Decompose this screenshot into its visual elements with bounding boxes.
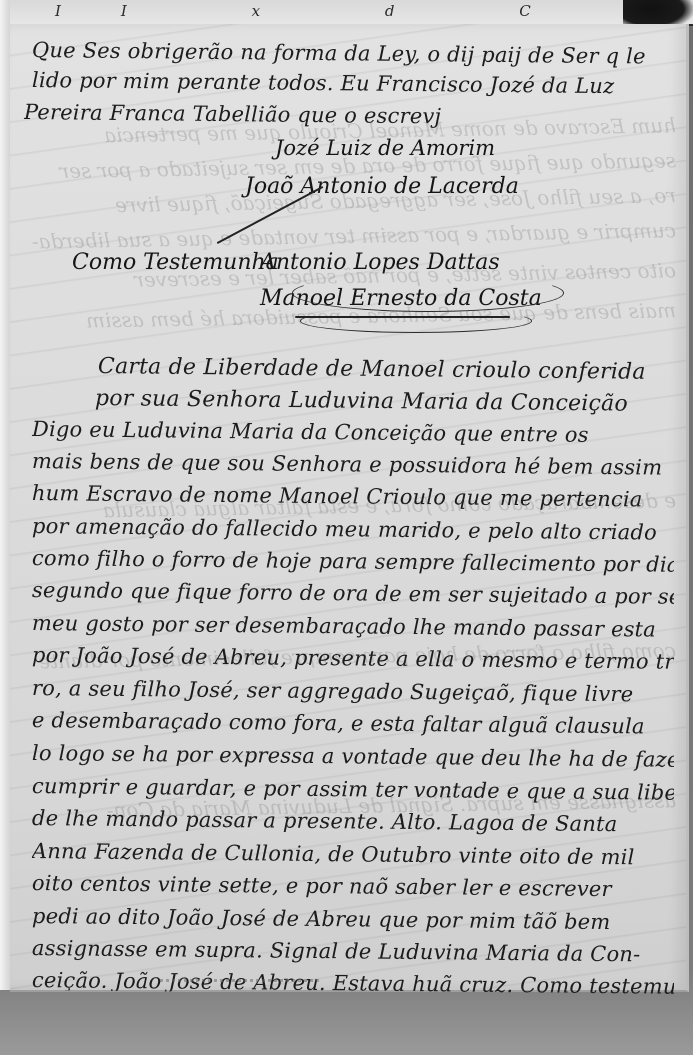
manuscript-page: hum Escravo de nome Manoel Crioulo que m… bbox=[10, 24, 689, 992]
body-line: lo logo se ha por expressa a vontade que… bbox=[32, 741, 674, 772]
closing-line: lido por mim perante todos. Eu Francisco… bbox=[32, 68, 674, 99]
previous-page-strip: II x d C bbox=[10, 0, 693, 26]
signature-underline bbox=[295, 316, 510, 318]
previous-page-strip-text: II x d C bbox=[10, 0, 693, 24]
body-line: ro, a seu filho José, ser aggregado Suge… bbox=[32, 676, 674, 707]
closing-line: Pereira Franca Tabellião que o escrevj bbox=[24, 100, 674, 131]
page-footer-marks bbox=[160, 979, 320, 982]
body-line: de lhe mando passar a presente. Alto. La… bbox=[32, 806, 674, 837]
signature-flourish bbox=[300, 309, 532, 333]
signature-2: Joaõ Antonio de Lacerda bbox=[245, 174, 519, 199]
signature-flourish bbox=[292, 274, 564, 312]
page-left-edge bbox=[0, 0, 10, 990]
body-line: assignasse em supra. Signal de Luduvina … bbox=[32, 936, 674, 967]
body-line: meu gosto por ser desembaraçado lhe mand… bbox=[32, 611, 674, 642]
body-line: pedi ao dito João José de Abreu que por … bbox=[32, 904, 674, 935]
signature-1: Jozé Luiz de Amorim bbox=[275, 136, 495, 160]
deed-title-line: por sua Senhora Luduvina Maria da Concei… bbox=[95, 386, 674, 417]
deed-title-line: Carta de Liberdade de Manoel crioulo con… bbox=[98, 354, 674, 385]
body-line: oito centos vinte sette, e por naõ saber… bbox=[32, 871, 674, 902]
bleed-line: cumprir e guardar, e por assim ter vonta… bbox=[20, 218, 676, 253]
witness-signature-1: Antonio Lopes Dattas bbox=[260, 250, 500, 275]
body-line: Anna Fazenda de Cullonia, de Outubro vin… bbox=[32, 839, 674, 870]
body-line: cumprir e guardar, e por assim ter vonta… bbox=[32, 774, 674, 805]
closing-line: Que Ses obrigerão na forma da Ley, o dij… bbox=[32, 38, 674, 69]
body-line: e desembaraçado como fora, e esta faltar… bbox=[32, 708, 674, 739]
body-line: por amenação do fallecido meu marido, e … bbox=[32, 514, 674, 545]
body-line: segundo que fique forro de ora de em ser… bbox=[32, 578, 674, 609]
body-line: por João José de Abreu, presente a ella … bbox=[32, 643, 674, 674]
body-line: como filho o forro de hoje para sempre f… bbox=[32, 546, 674, 577]
body-line: mais bens de que sou Senhora e possuidor… bbox=[32, 449, 674, 480]
body-line: hum Escravo de nome Manoel Crioulo que m… bbox=[32, 481, 674, 512]
witness-label: Como Testemunha bbox=[72, 250, 279, 275]
body-line: Digo eu Luduvina Maria da Conceição que … bbox=[32, 417, 674, 448]
